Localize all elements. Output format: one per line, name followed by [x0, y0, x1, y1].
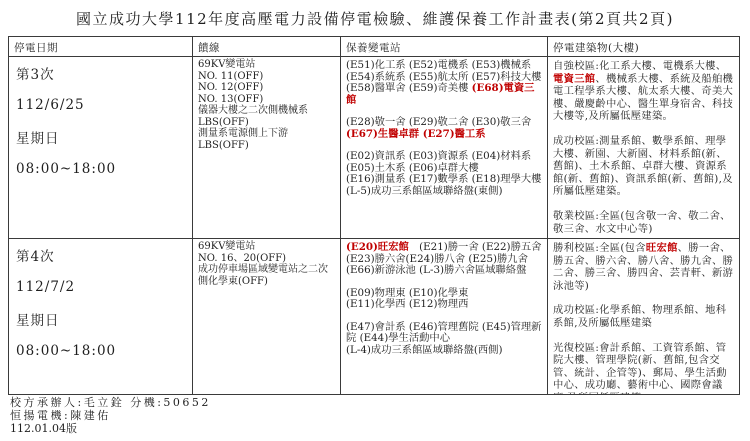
substation-cell-row1: (E51)化工系 (E52)電機系 (E53)機械系(E54)系統系 (E55)… [341, 57, 548, 239]
text-block: 勝利校區:全區(包含旺宏館、勝一舍、勝五舍、勝六舍、勝八舍、勝九舍、勝二舍、勝三… [553, 242, 734, 292]
text-segment: 08:00~18:00 [16, 161, 116, 177]
text-block: 第4次112/7/2星期日08:00~18:00 [16, 245, 192, 359]
text-segment: (E54)系統系 (E55)航太所 (E57)科技大樓 [346, 71, 541, 83]
text-segment: (E28)敬一舍 (E29)敬二舍 (E30)敬三舍 [346, 116, 531, 128]
footer-vendor-line: 恒揚電機:陳建佑 [10, 409, 211, 422]
text-block: 成功校區:化學系館、物理系館、地科系館,及所屬低壓建築 [553, 304, 734, 329]
text-line: 08:00~18:00 [16, 343, 192, 359]
text-line: (E11)化學西 (E12)物理西 [346, 299, 542, 311]
text-segment: 112/7/2 [16, 279, 75, 295]
text-line: NO. 12(OFF) [198, 82, 335, 94]
text-segment: (E47)會計系 (E46)管理舊院 (E45)管理新院 (E44)學生活動中心 [346, 321, 541, 345]
text-segment: (L-5)成功三系館區域聯絡盤(東側) [346, 185, 503, 197]
text-segment: NO. 13(OFF) [198, 94, 263, 105]
text-segment: 112/6/25 [16, 97, 85, 113]
text-segment: (E58)醫單舍 (E59)奇美樓 [346, 82, 472, 94]
text-line: 第4次 [16, 245, 192, 265]
highlighted-text: (E20)旺宏館 [346, 241, 409, 253]
text-block: 光復校區:會計系館、工資管系館、管院大樓、管理學院(新、舊館,包含交管、統計、企… [553, 342, 734, 394]
footer-contact-line: 校方承辦人:毛立銓 分機:50652 [10, 396, 211, 409]
text-segment: (E66)新游泳池 (L-3)勝六舍區域聯絡盤 [346, 264, 526, 276]
text-segment: 自強校區:化工系大樓、電機系大樓、 [553, 60, 726, 72]
text-segment: (E23)勝六舍(E24)勝八舍 (E25)勝九舍 [346, 253, 528, 265]
text-segment: (E05)土木系 (E06)卓群大樓 [346, 162, 479, 174]
text-line: 光復校區:會計系館、工資管系館、管院大樓、管理學院(新、舊館,包含交管、統計、企… [553, 342, 734, 394]
text-line: NO. 16、20(OFF) [198, 253, 335, 265]
highlighted-text: 電資三館 [553, 73, 595, 85]
text-line: NO. 11(OFF) [198, 71, 335, 83]
text-segment: (E11)化學西 (E12)物理西 [346, 298, 468, 310]
text-block: 69KV變電站NO. 16、20(OFF)成功停車場區域變電站之二次側化學東(O… [198, 241, 335, 287]
text-line: (E66)新游泳池 (L-3)勝六舍區域聯絡盤 [346, 265, 542, 277]
header-maintained-substation: 保養變電站 [341, 37, 548, 57]
text-block: (E20)旺宏館 (E21)勝一舍 (E22)勝五舍(E23)勝六舍(E24)勝… [346, 242, 542, 277]
text-block: (E02)資訊系 (E03)資源系 (E04)材料系(E05)土木系 (E06)… [346, 151, 542, 197]
text-line: 成功校區:測量系館、數學系館、理學大樓、新園、大新園、材料系館(新、舊館)、土木… [553, 135, 734, 198]
feeder-cell-row1: 69KV變電站NO. 11(OFF)NO. 12(OFF)NO. 13(OFF)… [193, 57, 341, 239]
text-segment: 成功校區:測量系館、數學系館、理學大樓、新園、大新園、材料系館(新、舊館)、土木… [553, 135, 733, 197]
text-line: (L-5)成功三系館區域聯絡盤(東側) [346, 186, 542, 198]
schedule-table: 停電日期 饋線 保養變電站 停電建築物(大樓) 第3次112/6/25星期日08… [8, 36, 740, 395]
header-affected-buildings: 停電建築物(大樓) [548, 37, 739, 57]
text-line: 第3次 [16, 63, 192, 83]
buildings-cell-row2: 勝利校區:全區(包含旺宏館、勝一舍、勝五舍、勝六舍、勝八舍、勝九舍、勝二舍、勝三… [548, 239, 739, 394]
footer-version-line: 112.01.04版 [10, 422, 211, 435]
text-line: (E47)會計系 (E46)管理舊院 (E45)管理新院 (E44)學生活動中心 [346, 322, 542, 345]
text-block: 敬業校區:全區(包含敬一舍、敬二舍、敬三舍、水文中心等) [553, 210, 734, 235]
text-line: 星期日 [16, 309, 192, 329]
text-segment: 星期日 [16, 131, 60, 147]
text-block: (E09)物理東 (E10)化學東(E11)化學西 (E12)物理西 [346, 288, 542, 311]
text-line: 自強校區:化工系大樓、電機系大樓、電資三館、機械系大樓、系統及船舶機電工程學系大… [553, 60, 734, 123]
text-line: 112/6/25 [16, 97, 192, 113]
text-segment: NO. 16、20(OFF) [198, 253, 286, 264]
text-line: 69KV變電站 [198, 241, 335, 253]
text-segment: 第4次 [16, 249, 55, 265]
text-block: 第3次112/6/25星期日08:00~18:00 [16, 63, 192, 177]
text-block: 成功校區:測量系館、數學系館、理學大樓、新園、大新園、材料系館(新、舊館)、土木… [553, 135, 734, 198]
text-segment: 08:00~18:00 [16, 343, 116, 359]
text-segment: 光復校區:會計系館、工資管系館、管院大樓、管理學院(新、舊館,包含交管、統計、企… [553, 342, 727, 394]
buildings-cell-row1: 自強校區:化工系大樓、電機系大樓、電資三館、機械系大樓、系統及船舶機電工程學系大… [548, 57, 739, 239]
text-line: 敬業校區:全區(包含敬一舍、敬二舍、敬三舍、水文中心等) [553, 210, 734, 235]
text-segment: (L-4)成功三系館區域聯絡盤(西側) [346, 344, 503, 356]
text-segment: (E51)化工系 (E52)電機系 (E53)機械系 [346, 59, 531, 71]
substation-cell-row2: (E20)旺宏館 (E21)勝一舍 (E22)勝五舍(E23)勝六舍(E24)勝… [341, 239, 548, 394]
text-segment: 第3次 [16, 67, 55, 83]
text-segment: NO. 12(OFF) [198, 82, 263, 93]
outage-date-cell-row2: 第4次112/7/2星期日08:00~18:00 [9, 239, 193, 394]
text-line: 69KV變電站 [198, 59, 335, 71]
text-segment: 成功停車場區域變電站之二次側化學東(OFF) [198, 264, 328, 287]
page-title: 國立成功大學112年度高壓電力設備停電檢驗、維護保養工作計畫表(第2頁共2頁) [0, 8, 750, 29]
text-segment: 成功校區:化學系館、物理系館、地科系館,及所屬低壓建築 [553, 304, 726, 329]
text-segment: NO. 11(OFF) [198, 71, 263, 82]
text-segment: (E21)勝一舍 (E22)勝五舍 [409, 241, 542, 253]
text-line: (E67)生醫卓群 (E27)醫工系 [346, 129, 542, 141]
text-segment: (E02)資訊系 (E03)資源系 (E04)材料系 [346, 150, 531, 162]
text-segment: (E16)測量系 (E17)數學系 (E18)理學大樓 [346, 173, 541, 185]
text-block: (E47)會計系 (E46)管理舊院 (E45)管理新院 (E44)學生活動中心… [346, 322, 542, 357]
text-line: 星期日 [16, 127, 192, 147]
header-feeder: 饋線 [193, 37, 341, 57]
text-line: 儀器大樓之二次側機械系LBS(OFF) [198, 105, 335, 128]
text-segment: (E09)物理東 (E10)化學東 [346, 287, 468, 299]
text-line: (E58)醫單舍 (E59)奇美樓 (E68)電資三館 [346, 83, 542, 106]
text-line: 測量系電源側上下游LBS(OFF) [198, 128, 335, 151]
header-outage-date: 停電日期 [9, 37, 193, 57]
text-segment: 敬業校區:全區(包含敬一舍、敬二舍、敬三舍、水文中心等) [553, 210, 731, 235]
text-segment: 測量系電源側上下游LBS(OFF) [198, 128, 288, 151]
text-line: 成功停車場區域變電站之二次側化學東(OFF) [198, 264, 335, 287]
text-line: 成功校區:化學系館、物理系館、地科系館,及所屬低壓建築 [553, 304, 734, 329]
highlighted-text: 旺宏館 [646, 242, 678, 254]
text-segment: 勝利校區:全區(包含 [553, 242, 646, 254]
text-block: 自強校區:化工系大樓、電機系大樓、電資三館、機械系大樓、系統及船舶機電工程學系大… [553, 60, 734, 123]
text-segment: 69KV變電站 [198, 59, 255, 70]
text-line: 勝利校區:全區(包含旺宏館、勝一舍、勝五舍、勝六舍、勝八舍、勝九舍、勝二舍、勝三… [553, 242, 734, 292]
text-line: (L-4)成功三系館區域聯絡盤(西側) [346, 345, 542, 357]
text-block: (E28)敬一舍 (E29)敬二舍 (E30)敬三舍(E67)生醫卓群 (E27… [346, 117, 542, 140]
text-block: (E51)化工系 (E52)電機系 (E53)機械系(E54)系統系 (E55)… [346, 60, 542, 106]
outage-date-cell-row1: 第3次112/6/25星期日08:00~18:00 [9, 57, 193, 239]
highlighted-text: (E67)生醫卓群 (E27)醫工系 [346, 128, 486, 140]
text-block: 69KV變電站NO. 11(OFF)NO. 12(OFF)NO. 13(OFF)… [198, 59, 335, 151]
text-segment: 69KV變電站 [198, 241, 255, 252]
text-segment: 儀器大樓之二次側機械系LBS(OFF) [198, 105, 308, 128]
text-segment: 星期日 [16, 313, 60, 329]
footer: 校方承辦人:毛立銓 分機:50652 恒揚電機:陳建佑 112.01.04版 [10, 396, 211, 435]
text-line: NO. 13(OFF) [198, 94, 335, 106]
text-line: 112/7/2 [16, 279, 192, 295]
feeder-cell-row2: 69KV變電站NO. 16、20(OFF)成功停車場區域變電站之二次側化學東(O… [193, 239, 341, 394]
text-line: 08:00~18:00 [16, 161, 192, 177]
